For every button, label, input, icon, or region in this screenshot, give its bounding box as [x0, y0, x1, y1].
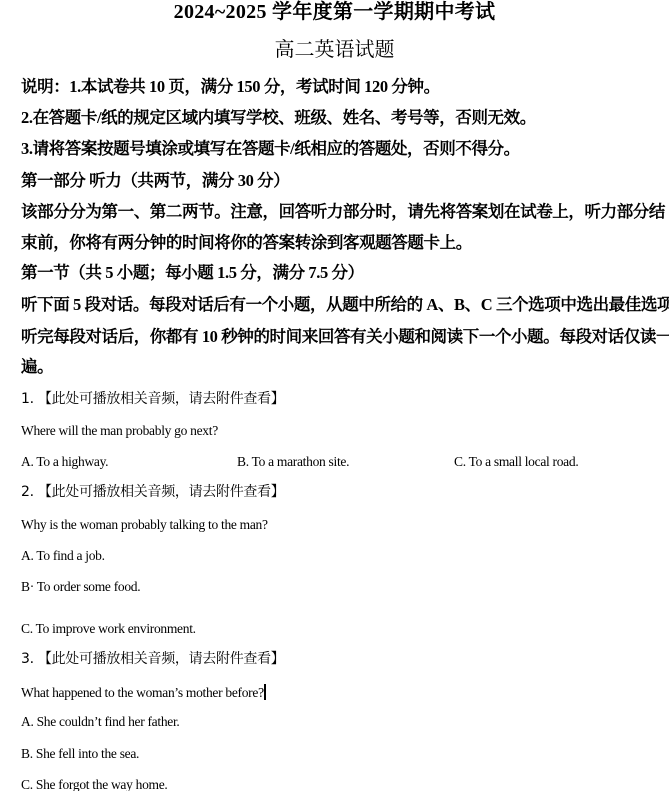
q3-option-a[interactable]: A. She couldn’t find her father. — [21, 715, 180, 729]
q2-option-a[interactable]: A. To find a job. — [21, 549, 105, 563]
q1-option-b[interactable]: B. To a marathon site. — [237, 455, 349, 469]
exam-title: 2024~2025 学年度第一学期期中考试 — [0, 2, 669, 22]
q1-option-c[interactable]: C. To a small local road. — [454, 455, 578, 469]
q1-option-a[interactable]: A. To a highway. — [21, 454, 108, 469]
part1-heading: 第一部分 听力（共两节，满分 30 分） — [21, 173, 289, 190]
instruction-1: 说明：1.本试卷共 10 页，满分 150 分，考试时间 120 分钟。 — [21, 79, 440, 96]
part1-intro-line-1: 该部分分为第一、第二两节。注意，回答听力部分时，请先将答案划在试卷上，听力部分结 — [21, 204, 665, 221]
q3-option-b[interactable]: B. She fell into the sea. — [21, 747, 139, 761]
section1-intro-line-2: 听完每段对话后，你都有 10 秒钟的时间来回答有关小题和阅读下一个小题。每段对话… — [21, 329, 669, 346]
q3-audio-link[interactable]: 3. 【此处可播放相关音频，请去附件查看】 — [21, 652, 285, 666]
q3-option-c[interactable]: C. She forgot the way home. — [21, 778, 168, 791]
q2-audio-link[interactable]: 2. 【此处可播放相关音频，请去附件查看】 — [21, 485, 285, 499]
q3-question-row: What happened to the woman’s mother befo… — [21, 684, 266, 700]
instruction-3: 3.请将答案按题号填涂或填写在答题卡/纸相应的答题处，否则不得分。 — [21, 141, 520, 158]
text-cursor — [264, 684, 266, 700]
section1-intro-line-3: 遍。 — [21, 359, 53, 376]
q3-question: What happened to the woman’s mother befo… — [21, 685, 264, 700]
part1-intro-line-2: 束前，你将有两分钟的时间将你的答案转涂到客观题答题卡上。 — [21, 235, 472, 252]
instruction-2: 2.在答题卡/纸的规定区域内填写学校、班级、姓名、考号等，否则无效。 — [21, 110, 536, 127]
q2-question: Why is the woman probably talking to the… — [21, 518, 268, 532]
exam-subtitle: 高二英语试题 — [0, 40, 669, 60]
q2-option-b[interactable]: B· To order some food. — [21, 580, 140, 594]
q2-option-c[interactable]: C. To improve work environment. — [21, 622, 196, 636]
q1-question: Where will the man probably go next? — [21, 424, 218, 438]
q1-audio-link[interactable]: 1. 【此处可播放相关音频，请去附件查看】 — [21, 392, 285, 406]
section1-intro-line-1: 听下面 5 段对话。每段对话后有一个小题，从题中所给的 A、B、C 三个选项中选… — [21, 297, 669, 314]
section1-heading: 第一节（共 5 小题；每小题 1.5 分，满分 7.5 分） — [21, 265, 364, 282]
q1-options: A. To a highway. B. To a marathon site. … — [21, 455, 661, 469]
